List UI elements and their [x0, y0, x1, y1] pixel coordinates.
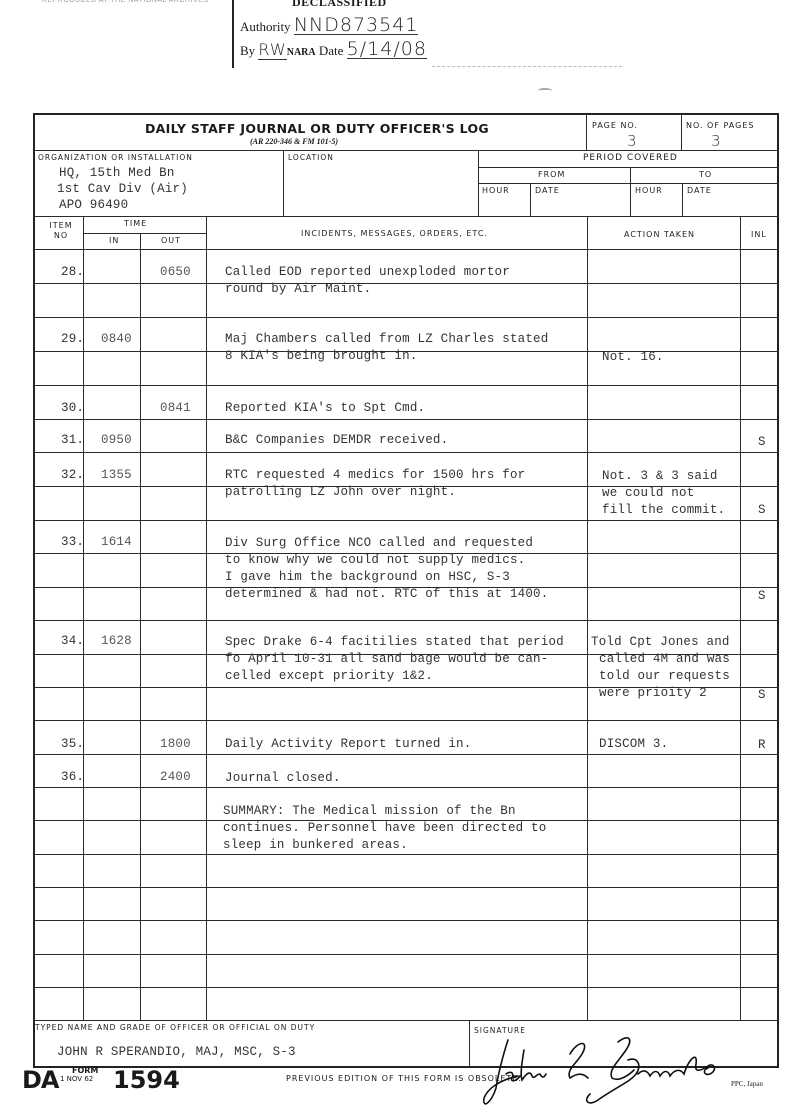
item-number: 36.	[61, 770, 84, 784]
row-line	[35, 520, 779, 521]
row-line	[35, 452, 779, 453]
summary-line: sleep in bunkered areas.	[223, 838, 408, 852]
time-in: 0840	[101, 332, 132, 346]
time-out: 0650	[160, 265, 191, 279]
signature-scribble	[478, 1030, 738, 1110]
inl-initial: R	[758, 738, 766, 752]
period-covered-label: PERIOD COVERED	[583, 153, 678, 163]
org-line-1: HQ, 15th Med Bn	[59, 166, 175, 180]
from-hour-label: HOUR	[482, 186, 510, 195]
action-text: fill the commit.	[602, 503, 725, 517]
date-label: Date	[319, 43, 344, 58]
declassified-heading: DECLASSIFIED	[292, 0, 387, 10]
action-text: told our requests	[599, 669, 730, 683]
form-subtitle: (AR 220-346 & FM 101-5)	[250, 137, 338, 146]
entry-text: fo April 10-31 all sand bage would be ca…	[225, 652, 548, 666]
action-text: DISCOM 3.	[599, 737, 668, 751]
form-date: 1 NOV 62	[60, 1075, 98, 1083]
divider	[681, 115, 682, 150]
action-text: were prioity 2	[599, 686, 707, 700]
declassification-stamp: DECLASSIFIED Authority NND873541 By RWNA…	[232, 0, 434, 68]
divider	[530, 183, 531, 216]
row-line	[35, 419, 779, 420]
divider	[630, 167, 631, 216]
entry-text: Reported KIA's to Spt Cmd.	[225, 401, 425, 415]
to-label: TO	[699, 170, 712, 179]
col-in: IN	[109, 236, 119, 245]
inl-initial: S	[758, 503, 766, 517]
entry-text: B&C Companies DEMDR received.	[225, 433, 448, 447]
authority-value: NND873541	[294, 16, 419, 35]
location-label: LOCATION	[288, 153, 334, 162]
divider	[682, 183, 683, 216]
page-no-label: PAGE NO.	[592, 121, 638, 130]
form-prefix: DA	[22, 1066, 59, 1094]
time-in: 1614	[101, 535, 132, 549]
col-incidents: INCIDENTS, MESSAGES, ORDERS, ETC.	[301, 229, 488, 238]
action-text: Told Cpt Jones and	[591, 635, 730, 649]
row-line	[35, 954, 779, 955]
row-line	[35, 249, 779, 250]
inl-initial: S	[758, 435, 766, 449]
printer-note: PPC, Japan	[731, 1080, 763, 1088]
entry-text: 8 KIA's being brought in.	[225, 349, 418, 363]
to-hour-label: HOUR	[635, 186, 663, 195]
item-number: 30.	[61, 401, 84, 415]
scan-mark	[538, 88, 552, 93]
divider	[586, 115, 587, 150]
summary-line: continues. Personnel have been directed …	[223, 821, 546, 835]
entry-text: Called EOD reported unexploded mortor	[225, 265, 510, 279]
action-text: Not. 16.	[602, 350, 664, 364]
date-value: 5/14/08	[347, 40, 427, 59]
item-number: 34.	[61, 634, 84, 648]
to-date-label: DATE	[687, 186, 712, 195]
stamp-divider	[432, 66, 622, 67]
org-label: ORGANIZATION OR INSTALLATION	[38, 153, 193, 162]
row-line	[35, 317, 779, 318]
previous-edition-note: PREVIOUS EDITION OF THIS FORM IS OBSOLET…	[286, 1074, 522, 1083]
col-out: OUT	[161, 236, 181, 245]
entry-text: I gave him the background on HSC, S-3	[225, 570, 510, 584]
reproduction-note: REPRODUCED AT THE NATIONAL ARCHIVES	[42, 0, 208, 4]
entry-text: determined & had not. RTC of this at 140…	[225, 587, 548, 601]
divider	[83, 233, 206, 234]
entry-text: Daily Activity Report turned in.	[225, 737, 471, 751]
col-divider	[587, 216, 588, 1020]
by-line: By RWNARA Date 5/14/08	[240, 40, 427, 60]
entry-text: Spec Drake 6-4 facitilies stated that pe…	[225, 635, 564, 649]
divider	[35, 150, 779, 151]
inl-initial: S	[758, 589, 766, 603]
action-text: called 4M and was	[599, 652, 730, 666]
item-number: 31.	[61, 433, 84, 447]
row-line	[35, 720, 779, 721]
duty-log-form: DAILY STAFF JOURNAL OR DUTY OFFICER'S LO…	[33, 113, 779, 1068]
no-of-pages-value: 3	[711, 132, 721, 150]
nara-label: NARA	[287, 47, 316, 58]
row-line	[35, 283, 779, 284]
by-initials: RW	[258, 41, 286, 60]
time-out: 0841	[160, 401, 191, 415]
page-no-value: 3	[627, 132, 637, 150]
row-line	[35, 620, 779, 621]
entry-text: Journal closed.	[225, 771, 341, 785]
org-line-3: APO 96490	[59, 198, 128, 212]
divider	[35, 216, 779, 217]
org-line-2: 1st Cav Div (Air)	[57, 182, 188, 196]
entry-text: Div Surg Office NCO called and requested	[225, 536, 533, 550]
item-number: 28.	[61, 265, 84, 279]
authority-line: Authority NND873541	[240, 16, 418, 35]
time-out: 1800	[160, 737, 191, 751]
entry-text: patrolling LZ John over night.	[225, 485, 456, 499]
divider	[283, 150, 284, 216]
divider	[469, 1020, 470, 1068]
col-inl: INL	[751, 230, 767, 239]
action-text: Not. 3 & 3 said	[602, 469, 718, 483]
inl-initial: S	[758, 688, 766, 702]
form-word: FORM	[72, 1067, 98, 1075]
item-number: 29.	[61, 332, 84, 346]
row-line	[35, 754, 779, 755]
row-line	[35, 920, 779, 921]
row-line	[35, 787, 779, 788]
officer-label: TYPED NAME AND GRADE OF OFFICER OR OFFIC…	[35, 1023, 315, 1032]
by-label: By	[240, 43, 255, 58]
row-line	[35, 1020, 779, 1021]
officer-name: JOHN R SPERANDIO, MAJ, MSC, S-3	[57, 1045, 296, 1059]
time-in: 1355	[101, 468, 132, 482]
entry-text: Maj Chambers called from LZ Charles stat…	[225, 332, 548, 346]
summary-line: SUMMARY: The Medical mission of the Bn	[223, 804, 516, 818]
col-item-no: ITEM NO	[46, 221, 76, 241]
item-number: 33.	[61, 535, 84, 549]
form-title: DAILY STAFF JOURNAL OR DUTY OFFICER'S LO…	[145, 121, 489, 136]
entry-text: to know why we could not supply medics.	[225, 553, 525, 567]
col-time: TIME	[124, 219, 147, 228]
col-divider	[206, 216, 207, 1020]
row-line	[35, 987, 779, 988]
from-label: FROM	[538, 170, 565, 179]
item-number: 32.	[61, 468, 84, 482]
form-number: 1594	[113, 1066, 180, 1094]
authority-label: Authority	[240, 19, 291, 34]
row-line	[35, 854, 779, 855]
entry-text: round by Air Maint.	[225, 282, 371, 296]
entry-text: celled except priority 1&2.	[225, 669, 433, 683]
item-number: 35.	[61, 737, 84, 751]
from-date-label: DATE	[535, 186, 560, 195]
divider	[478, 167, 779, 168]
col-action: ACTION TAKEN	[624, 230, 695, 239]
row-line	[35, 887, 779, 888]
time-out: 2400	[160, 770, 191, 784]
no-of-pages-label: NO. OF PAGES	[686, 121, 754, 130]
action-text: we could not	[602, 486, 694, 500]
row-line	[35, 385, 779, 386]
item-no-label: ITEM NO	[46, 221, 76, 241]
time-in: 1628	[101, 634, 132, 648]
entry-text: RTC requested 4 medics for 1500 hrs for	[225, 468, 525, 482]
divider	[478, 183, 779, 184]
form-edition: FORM 1 NOV 62	[60, 1067, 98, 1083]
col-divider	[740, 216, 741, 1020]
time-in: 0950	[101, 433, 132, 447]
